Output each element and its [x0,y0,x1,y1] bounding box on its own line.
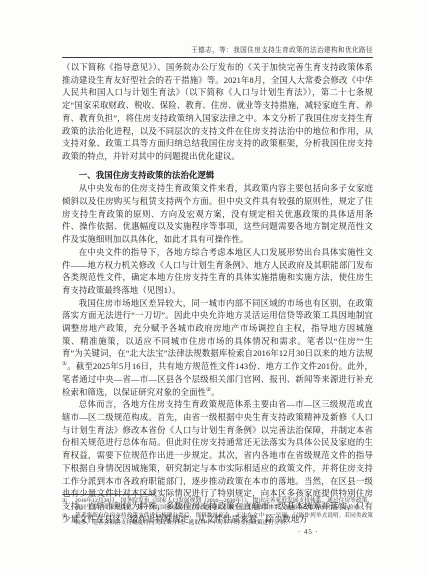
header-rule [62,57,373,58]
paragraph-text: 我国住房市场地区差异较大，同一城市内部不同区域的市场也有区别，在政策落实方面无法… [62,299,373,359]
footnote-marker: ② [62,513,75,527]
footnote-item: ① 2016年12月30日，国务院发布《国家人口发展规划（2016—2030年）… [62,498,373,512]
paragraph: 在中央文件的指导下，各地方综合考虑本地区人口发展形势出台具体实施性文件——地方权… [62,247,373,298]
footnote-text: 2016年12月30日，国务院发布《国家人口发展规划（2016—2030年）》，… [75,498,373,512]
article-body: （以下简称《指导意见》）、国务院办公厅发布的《关于加快完善生育支持政策体系推动建… [62,62,373,526]
paragraph-text: 。 [211,388,219,397]
footnote-item: ② 笔者将所有住房支持政策文件进行梳理分类后，资料数量庞杂，无法在文中一一呈现，… [62,513,373,527]
page-number: · 45 · [298,529,319,536]
paragraph-continued: （以下简称《指导意见》）、国务院办公厅发布的《关于加快完善生育支持政策体系推动建… [62,62,373,164]
footnote-separator [62,494,154,495]
footnote-marker: ① [62,498,75,512]
section-heading: 一、我国住房支持政策的法治化逻辑 [62,169,373,182]
footnote-text: 笔者将所有住房支持政策文件进行梳理分类后，资料数量庞杂，无法在文中一一呈现，只能… [75,513,373,527]
running-header: 王德志，等：我国住房支持生育政策的法治建构和优化路径 [62,44,373,54]
paper-page: 王德志，等：我国住房支持生育政策的法治建构和优化路径 （以下简称《指导意见》）、… [0,0,427,575]
paragraph: 我国住房市场地区差异较大，同一城市内部不同区域的市场也有区别，在政策落实方面无法… [62,298,373,400]
paragraph: 从中央发布的住房支持生育政策文件来看，其政策内容主要包括向多子女家庭倾斜以及住房… [62,183,373,247]
footnotes: ① 2016年12月30日，国务院发布《国家人口发展规划（2016—2030年）… [62,498,373,528]
